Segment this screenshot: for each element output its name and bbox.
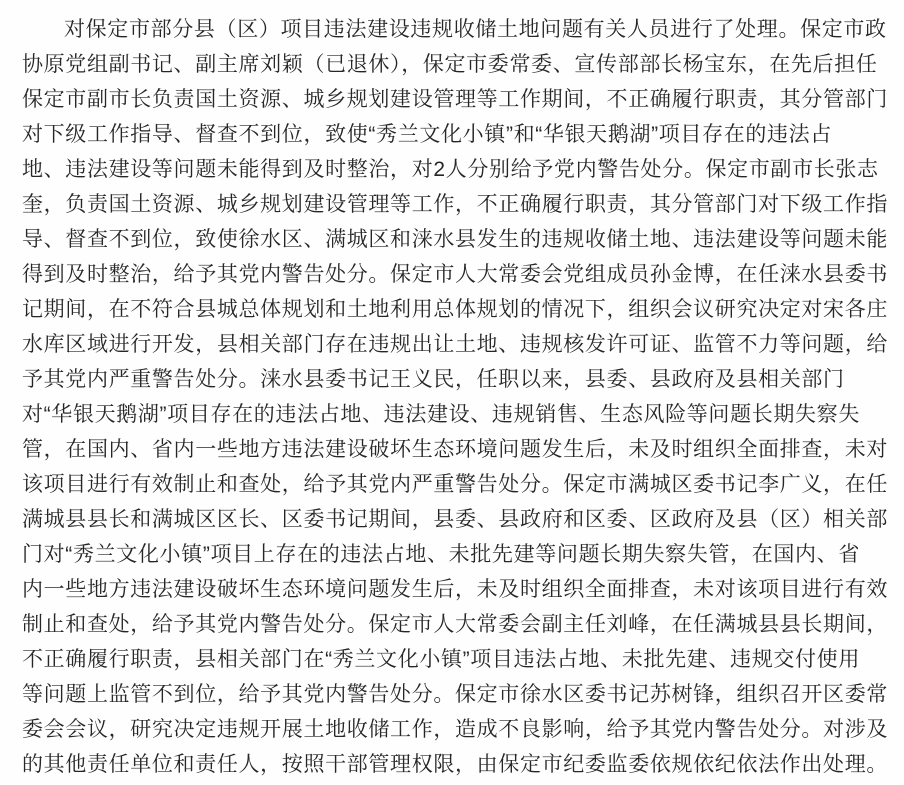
text-line: 的其他责任单位和责任人，按照干部管理权限，由保定市纪委监委依规依纪依法作出处理。 [22,747,894,782]
text-line: 内一些地方违法建设破坏生态环境问题发生后，未及时组织全面排查，未对该项目进行有效 [22,572,894,607]
text-line: 管，在国内、省内一些地方违法建设破坏生态环境问题发生后，未及时组织全面排查，未对 [22,432,894,467]
text-line: 得到及时整治，给予其党内警告处分。保定市人大常委会党组成员孙金博，在任涞水县委书 [22,257,894,292]
text-line: 满城县县长和满城区区长、区委书记期间，县委、县政府和区委、区政府及县（区）相关部 [22,502,894,537]
text-line: 制止和查处，给予其党内警告处分。保定市人大常委会副主任刘峰，在任满城县县长期间， [22,607,894,642]
text-line: 对“华银天鹅湖”项目存在的违法占地、违法建设、违规销售、生态风险等问题长期失察失 [22,397,894,432]
paragraph: 对保定市部分县（区）项目违法建设违规收储土地问题有关人员进行了处理。保定市政 协… [22,12,894,782]
text-line: 地、违法建设等问题未能得到及时整治，对2人分别给予党内警告处分。保定市副市长张志 [22,152,894,187]
text-line: 不正确履行职责，县相关部门在“秀兰文化小镇”项目违法占地、未批先建、违规交付使用 [22,642,894,677]
text-line: 等问题上监管不到位，给予其党内警告处分。保定市徐水区委书记苏树锋，组织召开区委常 [22,677,894,712]
text-line: 导、督查不到位，致使徐水区、满城区和涞水县发生的违规收储土地、违法建设等问题未能 [22,222,894,257]
text-line: 委会会议，研究决定违规开展土地收储工作，造成不良影响，给予其党内警告处分。对涉及 [22,712,894,747]
document-page: 对保定市部分县（区）项目违法建设违规收储土地问题有关人员进行了处理。保定市政 协… [0,0,904,785]
text-line: 对下级工作指导、督查不到位，致使“秀兰文化小镇”和“华银天鹅湖”项目存在的违法占 [22,117,894,152]
text-line: 奎，负责国土资源、城乡规划建设管理等工作，不正确履行职责，其分管部门对下级工作指 [22,187,894,222]
text-line: 予其党内严重警告处分。涞水县委书记王义民，任职以来，县委、县政府及县相关部门 [22,362,894,397]
text-line: 该项目进行有效制止和查处，给予其党内严重警告处分。保定市满城区委书记李广义，在任 [22,467,894,502]
text-line: 记期间，在不符合县城总体规划和土地利用总体规划的情况下，组织会议研究决定对宋各庄 [22,292,894,327]
text-line: 对保定市部分县（区）项目违法建设违规收储土地问题有关人员进行了处理。保定市政 [22,12,894,47]
text-line: 保定市副市长负责国土资源、城乡规划建设管理等工作期间，不正确履行职责，其分管部门 [22,82,894,117]
text-line: 水库区域进行开发，县相关部门存在违规出让土地、违规核发许可证、监管不力等问题，给 [22,327,894,362]
text-line: 协原党组副书记、副主席刘颖（已退休），保定市委常委、宣传部部长杨宝东，在先后担任 [22,47,894,82]
text-line: 门对“秀兰文化小镇”项目上存在的违法占地、未批先建等问题长期失察失管，在国内、省 [22,537,894,572]
